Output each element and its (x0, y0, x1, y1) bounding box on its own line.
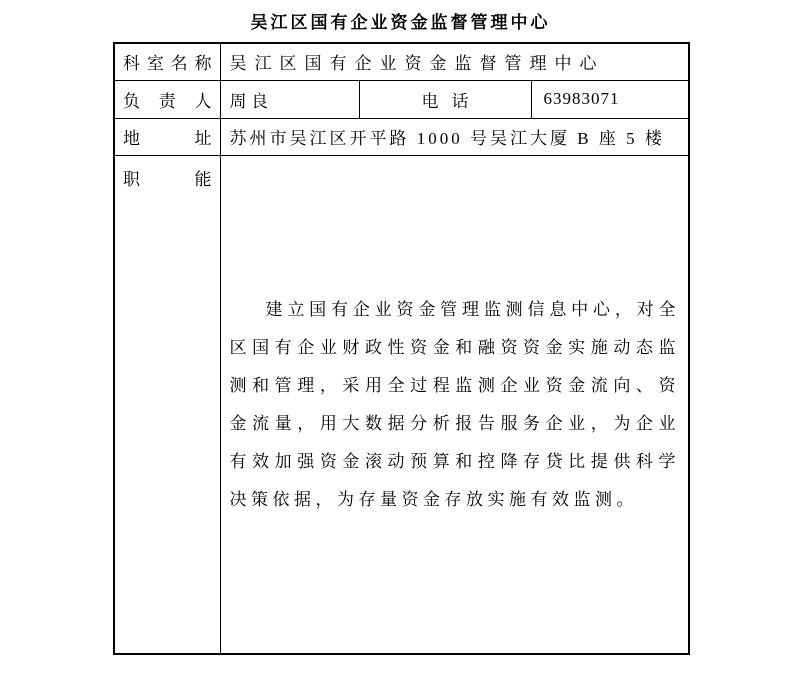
functions-row: 职 能 建立国有企业资金管理监测信息中心，对全区国有企业财政性资金和融资资金实施… (114, 155, 689, 654)
functions-label: 职 能 (115, 165, 220, 190)
department-value: 吴江区国有企业资金监督管理中心 (220, 43, 689, 80)
functions-label-char: 职 (123, 165, 140, 190)
functions-value-cell: 建立国有企业资金管理监测信息中心，对全区国有企业财政性资金和融资资金实施动态监测… (220, 155, 689, 654)
department-row: 科 室 名 称 吴江区国有企业资金监督管理中心 (114, 43, 689, 80)
address-label: 地 址 (115, 124, 220, 149)
leader-label-cell: 负 责 人 (114, 80, 220, 118)
leader-row: 负 责 人 周良 电 话 63983071 (114, 80, 689, 118)
address-label-char: 址 (195, 124, 212, 149)
phone-label: 电 话 (360, 87, 531, 112)
department-label-char: 名 (171, 49, 188, 74)
department-label-char: 科 (123, 49, 140, 74)
leader-label-char: 人 (195, 87, 212, 112)
functions-label-char: 能 (195, 165, 212, 190)
department-label-cell: 科 室 名 称 (114, 43, 220, 80)
address-value: 苏州市吴江区开平路 1000 号吴江大厦 B 座 5 楼 (220, 118, 689, 155)
address-label-char: 地 (123, 124, 140, 149)
phone-value: 63983071 (531, 80, 689, 118)
phone-label-char: 电 (422, 87, 439, 112)
document-title: 吴江区国有企业资金监督管理中心 (113, 8, 688, 33)
leader-label-char: 责 (159, 87, 176, 112)
leader-label: 负 责 人 (115, 87, 220, 112)
leader-value: 周良 (220, 80, 359, 118)
leader-label-char: 负 (123, 87, 140, 112)
department-label-char: 室 (147, 49, 164, 74)
info-table: 科 室 名 称 吴江区国有企业资金监督管理中心 负 责 人 周良 电 (113, 42, 690, 655)
department-label: 科 室 名 称 (115, 49, 220, 74)
phone-label-char: 话 (452, 87, 469, 112)
department-label-char: 称 (194, 49, 211, 74)
phone-label-cell: 电 话 (359, 80, 531, 118)
address-row: 地 址 苏州市吴江区开平路 1000 号吴江大厦 B 座 5 楼 (114, 118, 689, 155)
address-label-cell: 地 址 (114, 118, 220, 155)
functions-label-cell: 职 能 (114, 155, 220, 654)
functions-paragraph: 建立国有企业资金管理监测信息中心，对全区国有企业财政性资金和融资资金实施动态监测… (230, 291, 681, 519)
